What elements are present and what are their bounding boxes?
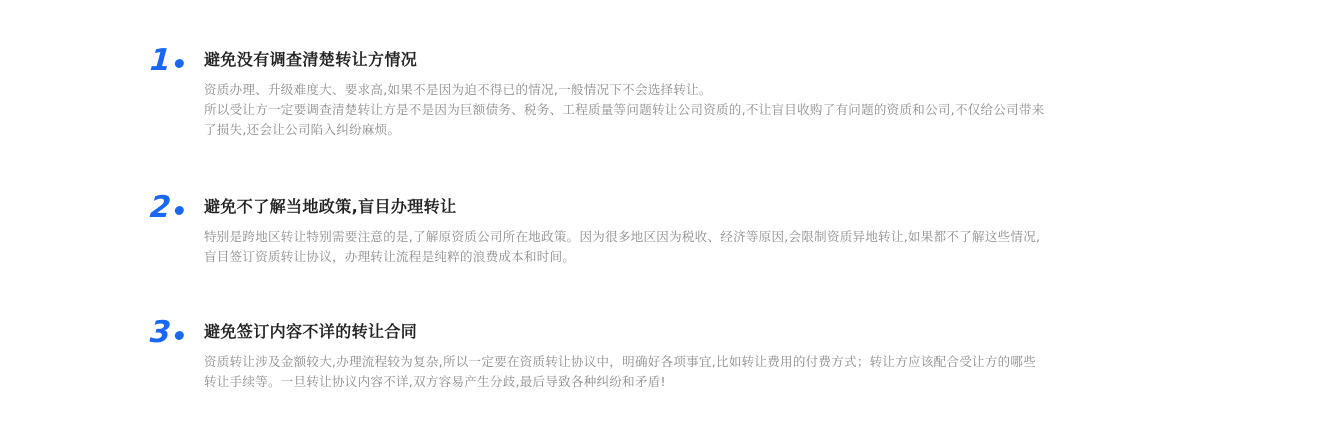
- number-label: 1: [149, 43, 171, 78]
- number-badge: 2: [149, 191, 185, 225]
- tip-title: 避免签订内容不详的转让合同: [204, 320, 417, 344]
- body-line: 了损失,还会让公司陷入纠纷麻烦。: [204, 120, 1180, 140]
- tip-heading: 2 避免不了解当地政策,盲目办理转让: [150, 195, 1180, 225]
- tip-item-2: 2 避免不了解当地政策,盲目办理转让 特别是跨地区转让特别需要注意的是,了解原资…: [150, 195, 1180, 267]
- tip-item-3: 3 避免签订内容不详的转让合同 资质转让涉及金额较大,办理流程较为复杂,所以一定…: [150, 320, 1180, 392]
- body-line: 特别是跨地区转让特别需要注意的是,了解原资质公司所在地政策。因为很多地区因为税收…: [204, 227, 1180, 247]
- tip-body: 资质转让涉及金额较大,办理流程较为复杂,所以一定要在资质转让协议中，明确好各项事…: [204, 352, 1180, 392]
- tip-heading: 1 避免没有调查清楚转让方情况: [150, 48, 1180, 78]
- tip-body: 特别是跨地区转让特别需要注意的是,了解原资质公司所在地政策。因为很多地区因为税收…: [204, 227, 1180, 267]
- tip-item-1: 1 避免没有调查清楚转让方情况 资质办理、升级难度大、要求高,如果不是因为迫不得…: [150, 48, 1180, 140]
- body-line: 盲目签订资质转让协议，办理转让流程是纯粹的浪费成本和时间。: [204, 247, 1180, 267]
- dot-icon: [174, 206, 184, 215]
- tip-title: 避免不了解当地政策,盲目办理转让: [204, 195, 456, 219]
- body-line: 资质办理、升级难度大、要求高,如果不是因为迫不得已的情况,一般情况下不会选择转让…: [204, 80, 1180, 100]
- dot-icon: [174, 59, 184, 68]
- number-label: 3: [149, 315, 171, 350]
- number-label: 2: [149, 190, 171, 225]
- tip-title: 避免没有调查清楚转让方情况: [204, 48, 417, 72]
- dot-icon: [174, 331, 184, 340]
- number-badge: 3: [149, 316, 185, 350]
- tip-heading: 3 避免签订内容不详的转让合同: [150, 320, 1180, 350]
- body-line: 所以受让方一定要调查清楚转让方是不是因为巨额债务、税务、工程质量等问题转让公司资…: [204, 100, 1180, 120]
- number-badge: 1: [149, 44, 185, 78]
- tip-body: 资质办理、升级难度大、要求高,如果不是因为迫不得已的情况,一般情况下不会选择转让…: [204, 80, 1180, 140]
- body-line: 转让手续等。一旦转让协议内容不详,双方容易产生分歧,最后导致各种纠纷和矛盾!: [204, 372, 1180, 392]
- body-line: 资质转让涉及金额较大,办理流程较为复杂,所以一定要在资质转让协议中，明确好各项事…: [204, 352, 1180, 372]
